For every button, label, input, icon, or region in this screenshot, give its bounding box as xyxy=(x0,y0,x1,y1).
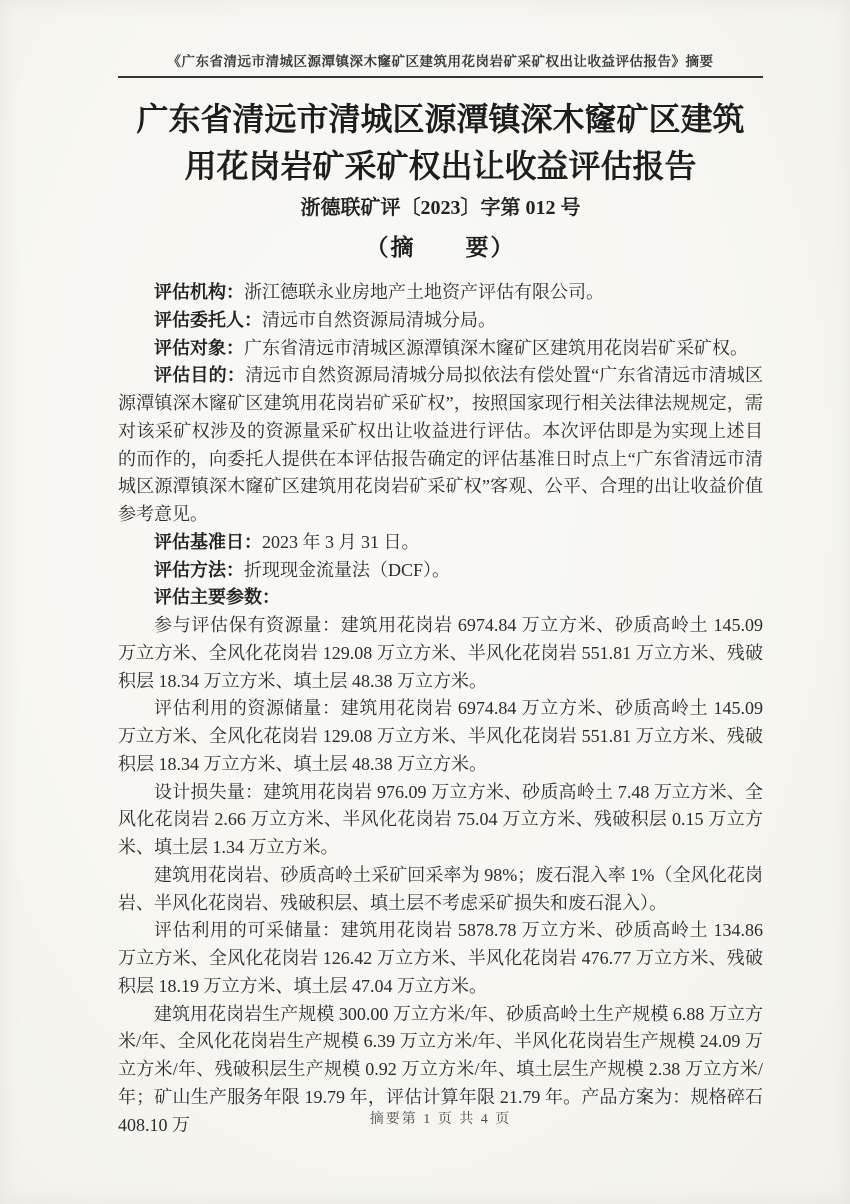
paragraph-label: 评估机构： xyxy=(154,282,244,302)
paragraph-label: 评估方法： xyxy=(154,560,244,580)
body-paragraph: 评估利用的可采储量：建筑用花岗岩 5878.78 万立方米、砂质高岭土 134.… xyxy=(118,917,763,1000)
paragraph-label: 评估基准日： xyxy=(154,532,262,552)
body-paragraph: 评估基准日：2023 年 3 月 31 日。 xyxy=(118,529,763,557)
document-number: 浙德联矿评〔2023〕字第 012 号 xyxy=(118,196,763,220)
paragraph-label: 评估主要参数： xyxy=(154,587,280,607)
body-paragraph: 评估利用的资源储量：建筑用花岗岩 6974.84 万立方米、砂质高岭土 145.… xyxy=(118,695,763,778)
body-paragraph: 评估对象：广东省清远市清城区源潭镇深木窿矿区建筑用花岗岩矿采矿权。 xyxy=(118,335,763,363)
body-paragraph: 评估目的：清远市自然资源局清城分局拟依法有偿处置“广东省清远市清城区源潭镇深木窿… xyxy=(118,362,763,529)
body-paragraph: 建筑用花岗岩、砂质高岭土采矿回采率为 98%；废石混入率 1%（全风化花岗岩、半… xyxy=(118,862,763,918)
body-paragraphs: 评估机构：浙江德联永业房地产土地资产评估有限公司。评估委托人：清远市自然资源局清… xyxy=(118,279,763,1139)
report-title: 广东省清远市清城区源潭镇深木窿矿区建筑 用花岗岩矿采矿权出让收益评估报告 xyxy=(118,96,763,190)
report-title-line1: 广东省清远市清城区源潭镇深木窿矿区建筑 xyxy=(118,96,763,143)
body-paragraph: 评估委托人：清远市自然资源局清城分局。 xyxy=(118,307,763,335)
paragraph-label: 评估委托人： xyxy=(154,310,262,330)
body-paragraph: 设计损失量：建筑用花岗岩 976.09 万立方米、砂质高岭土 7.48 万立方米… xyxy=(118,779,763,862)
footer-page-number: 摘要第 1 页 共 4 页 xyxy=(118,1108,763,1128)
body-paragraph: 评估方法：折现现金流量法（DCF）。 xyxy=(118,557,763,585)
report-page: 《广东省清远市清城区源潭镇深木窿矿区建筑用花岗岩矿采矿权出让收益评估报告》摘要 … xyxy=(0,0,850,1204)
body-paragraph: 参与评估保有资源量：建筑用花岗岩 6974.84 万立方米、砂质高岭土 145.… xyxy=(118,612,763,695)
paragraph-label: 评估对象： xyxy=(154,338,244,358)
paragraph-label: 评估目的： xyxy=(154,365,245,385)
report-title-line2: 用花岗岩矿采矿权出让收益评估报告 xyxy=(118,143,763,190)
running-header: 《广东省清远市清城区源潭镇深木窿矿区建筑用花岗岩矿采矿权出让收益评估报告》摘要 xyxy=(118,0,763,70)
header-rule xyxy=(118,76,763,78)
page-content: 《广东省清远市清城区源潭镇深木窿矿区建筑用花岗岩矿采矿权出让收益评估报告》摘要 … xyxy=(118,0,763,1139)
abstract-heading: （摘 要） xyxy=(118,234,763,262)
body-paragraph: 评估主要参数： xyxy=(118,584,763,612)
body-paragraph: 评估机构：浙江德联永业房地产土地资产评估有限公司。 xyxy=(118,279,763,307)
